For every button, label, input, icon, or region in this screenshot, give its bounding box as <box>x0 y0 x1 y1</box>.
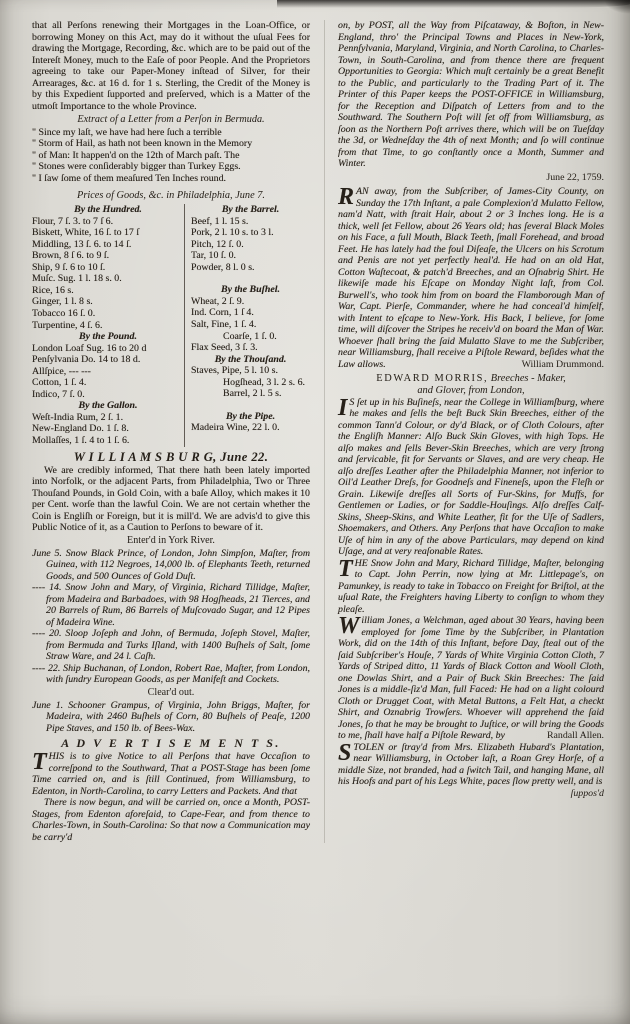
issue-dateline: June 22, 1759. <box>338 172 604 184</box>
price-line: Rice, 16 s. <box>32 285 184 297</box>
edward-morris-subline: and Glover, from London, <box>417 385 524 396</box>
post-stage-ad: THIS is to give Notice to all Perſons th… <box>32 751 310 797</box>
price-line: Mollaſſes, 1 ſ. 4 to 1 ſ. 6. <box>32 435 184 447</box>
stolen-horse-ad: STOLEN or ſtray'd from Mrs. Elizabeth Hu… <box>338 742 604 788</box>
price-line: By the Barrel. <box>191 204 310 216</box>
edward-morris-ad: IS ſet up in his Buſineſs, near the Coll… <box>338 397 604 558</box>
edward-morris-heading: EDWARD MORRIS, Breeches - Maker, and Glo… <box>338 373 604 397</box>
edward-morris-name: EDWARD MORRIS, <box>376 373 488 384</box>
price-line: Brown, 8 ſ 6. to 9 ſ. <box>32 250 184 262</box>
price-line: Turpentine, 4 ſ. 6. <box>32 320 184 332</box>
prices-column-left: By the Hundred.Flour, 7 ſ. 3. to 7 ſ 6.B… <box>32 204 184 446</box>
stolen-ad-catchword: ſuppos'd <box>338 788 604 800</box>
price-line: New-England Do. 1 ſ. 8. <box>32 423 184 435</box>
snow-ad-text: Snow John and Mary, Richard Tillidge, Ma… <box>338 558 604 615</box>
price-line: By the Pound. <box>32 331 184 343</box>
price-line: Cotton, 1 ſ. 4. <box>32 377 184 389</box>
william-jones-ad: William Jones, a Welchman, aged about 30… <box>338 615 604 742</box>
williamsburg-dateline-heading: W I L L I A M S B U R G, June 22. <box>32 450 310 464</box>
price-line: By the Hundred. <box>32 204 184 216</box>
price-line: Beef, 1 l. 15 s. <box>191 216 310 228</box>
price-line: Ship, 9 ſ. 6 to 10 ſ. <box>32 262 184 274</box>
jones-ad-text: Jones, a Welchman, aged about 30 Years, … <box>338 615 604 741</box>
price-line <box>191 400 310 411</box>
ship-entry: ---- 22. Ship Buchanan, of London, Rober… <box>32 663 310 686</box>
extract-quote-lines: " Since my laſt, we have had here ſuch a… <box>32 127 310 184</box>
extract-quote-line: " I ſaw ſome of them meaſured Ten Inches… <box>32 173 310 184</box>
price-line: By the Gallon. <box>32 400 184 412</box>
right-column: on, by POST, all the Way from Piſcataway… <box>324 20 604 843</box>
price-line: Barrel, 2 l. 5 s. <box>191 388 310 400</box>
price-line: Coarſe, 1 ſ. 0. <box>191 331 310 343</box>
ship-entries-list: June 5. Snow Black Prince, of London, Jo… <box>32 548 310 686</box>
cleared-ship-entry: June 1. Schooner Grampus, of Virginia, J… <box>32 700 310 735</box>
ran-away-lead: AN <box>356 186 369 197</box>
prices-of-goods-title: Prices of Goods, &c. in Philadelphia, Ju… <box>32 189 310 202</box>
price-line <box>191 273 310 284</box>
price-line: Madeira Wine, 22 l. 0. <box>191 422 310 434</box>
prices-table: By the Hundred.Flour, 7 ſ. 3. to 7 ſ 6.B… <box>32 204 310 446</box>
ship-entry: ---- 20. Sloop Joſeph and John, of Bermu… <box>32 628 310 663</box>
post-ad-lead: HIS <box>49 751 64 762</box>
scan-artifact-corner <box>604 0 630 14</box>
extract-letter-heading: Extract of a Letter from a Perſon in Ber… <box>32 114 310 126</box>
snow-ad-dropcap: T <box>338 558 355 579</box>
snow-ad-lead: HE <box>355 558 368 569</box>
price-line: Muſc. Sug. 1 l. 18 s. 0. <box>32 273 184 285</box>
price-line: Biskett, White, 16 ſ. to 17 ſ <box>32 227 184 239</box>
cleared-out-heading: Clear'd out. <box>32 687 310 699</box>
newspaper-page: that all Perſons renewing their Mortgage… <box>0 0 630 1024</box>
ship-entry: ---- 14. Snow John and Mary, of Virginia… <box>32 582 310 628</box>
extract-quote-line: " of Man: It happen'd on the 12th of Mar… <box>32 150 310 161</box>
price-line: Tar, 10 ſ. 0. <box>191 250 310 262</box>
price-line: Ind. Corn, 1 ſ 4. <box>191 307 310 319</box>
scan-artifact-top-edge <box>277 0 630 8</box>
price-line: Staves, Pipe, 5 l. 10 s. <box>191 365 310 377</box>
post-route-paragraph: on, by POST, all the Way from Piſcataway… <box>338 20 604 170</box>
price-line: By the Pipe. <box>191 411 310 423</box>
price-line: Penſylvania Do. 14 to 18 d. <box>32 354 184 366</box>
jones-ad-lead: illiam <box>361 615 384 626</box>
price-line: Flour, 7 ſ. 3. to 7 ſ 6. <box>32 216 184 228</box>
extract-quote-line: " Storm of Hail, as hath not been known … <box>32 138 310 149</box>
price-line: Salt, Fine, 1 ſ. 4. <box>191 319 310 331</box>
extract-quote-line: " Stones were conſiderably bigger than T… <box>32 161 310 172</box>
price-line: Powder, 8 l. 0 s. <box>191 262 310 274</box>
post-stage-ad-continued: There is now begun, and will be carried … <box>32 797 310 843</box>
ran-away-ad: RAN away, from the Subſcriber, of James-… <box>338 186 604 370</box>
stolen-ad-lead: TOLEN <box>353 742 384 753</box>
left-column: that all Perſons renewing their Mortgage… <box>32 20 317 843</box>
ship-entry: June 5. Snow Black Prince, of London, Jo… <box>32 548 310 583</box>
edward-morris-trade: Breeches - Maker, <box>488 373 566 384</box>
price-line: Tobacco 16 ſ. 0. <box>32 308 184 320</box>
page-columns: that all Perſons renewing their Mortgage… <box>0 0 630 843</box>
post-ad-dropcap: T <box>32 751 49 772</box>
prices-column-right: By the Barrel.Beef, 1 l. 15 s.Pork, 2 l.… <box>184 204 310 446</box>
price-line: Middling, 13 ſ. 6. to 14 ſ. <box>32 239 184 251</box>
stolen-ad-dropcap: S <box>338 742 353 763</box>
price-line: Pitch, 12 ſ. 0. <box>191 239 310 251</box>
price-line: Wheat, 2 ſ. 9. <box>191 296 310 308</box>
cleared-entry-wrap: June 1. Schooner Grampus, of Virginia, J… <box>32 700 310 735</box>
snow-freight-ad: THE Snow John and Mary, Richard Tillidge… <box>338 558 604 616</box>
entered-york-river-heading: Enter'd in York River. <box>32 535 310 547</box>
loan-office-paragraph: that all Perſons renewing their Mortgage… <box>32 20 310 112</box>
price-line: Indico, 7 ſ. 0. <box>32 389 184 401</box>
price-line: Flax Seed, 3 ſ. 3. <box>191 342 310 354</box>
price-line: London Loaf Sug. 16 to 20 d <box>32 343 184 355</box>
morris-ad-text: ſet up in his Buſineſs, near the College… <box>338 397 604 558</box>
jones-ad-dropcap: W <box>338 615 361 636</box>
advertisements-heading: A D V E R T I S E M E N T S. <box>32 736 310 750</box>
ran-away-text: away, from the Subſcriber, of James-City… <box>338 186 604 370</box>
post-ad-text: is to give Notice to all Perſons that ha… <box>32 751 310 797</box>
price-line: Pork, 2 l. 10 s. to 3 l. <box>191 227 310 239</box>
price-line: Weſt-India Rum, 2 ſ. 1. <box>32 412 184 424</box>
price-line: Ginger, 1 l. 8 s. <box>32 296 184 308</box>
price-line: Allſpice, --- --- <box>32 366 184 378</box>
price-line: Hogſhead, 3 l. 2 s. 6. <box>191 377 310 389</box>
ran-away-dropcap: R <box>338 186 356 207</box>
morris-ad-dropcap: I <box>338 397 349 418</box>
price-line: By the Buſhel. <box>191 284 310 296</box>
counterfeit-coin-paragraph: We are credibly informed, That there hat… <box>32 465 310 534</box>
price-line: By the Thouſand. <box>191 354 310 366</box>
extract-quote-line: " Since my laſt, we have had here ſuch a… <box>32 127 310 138</box>
